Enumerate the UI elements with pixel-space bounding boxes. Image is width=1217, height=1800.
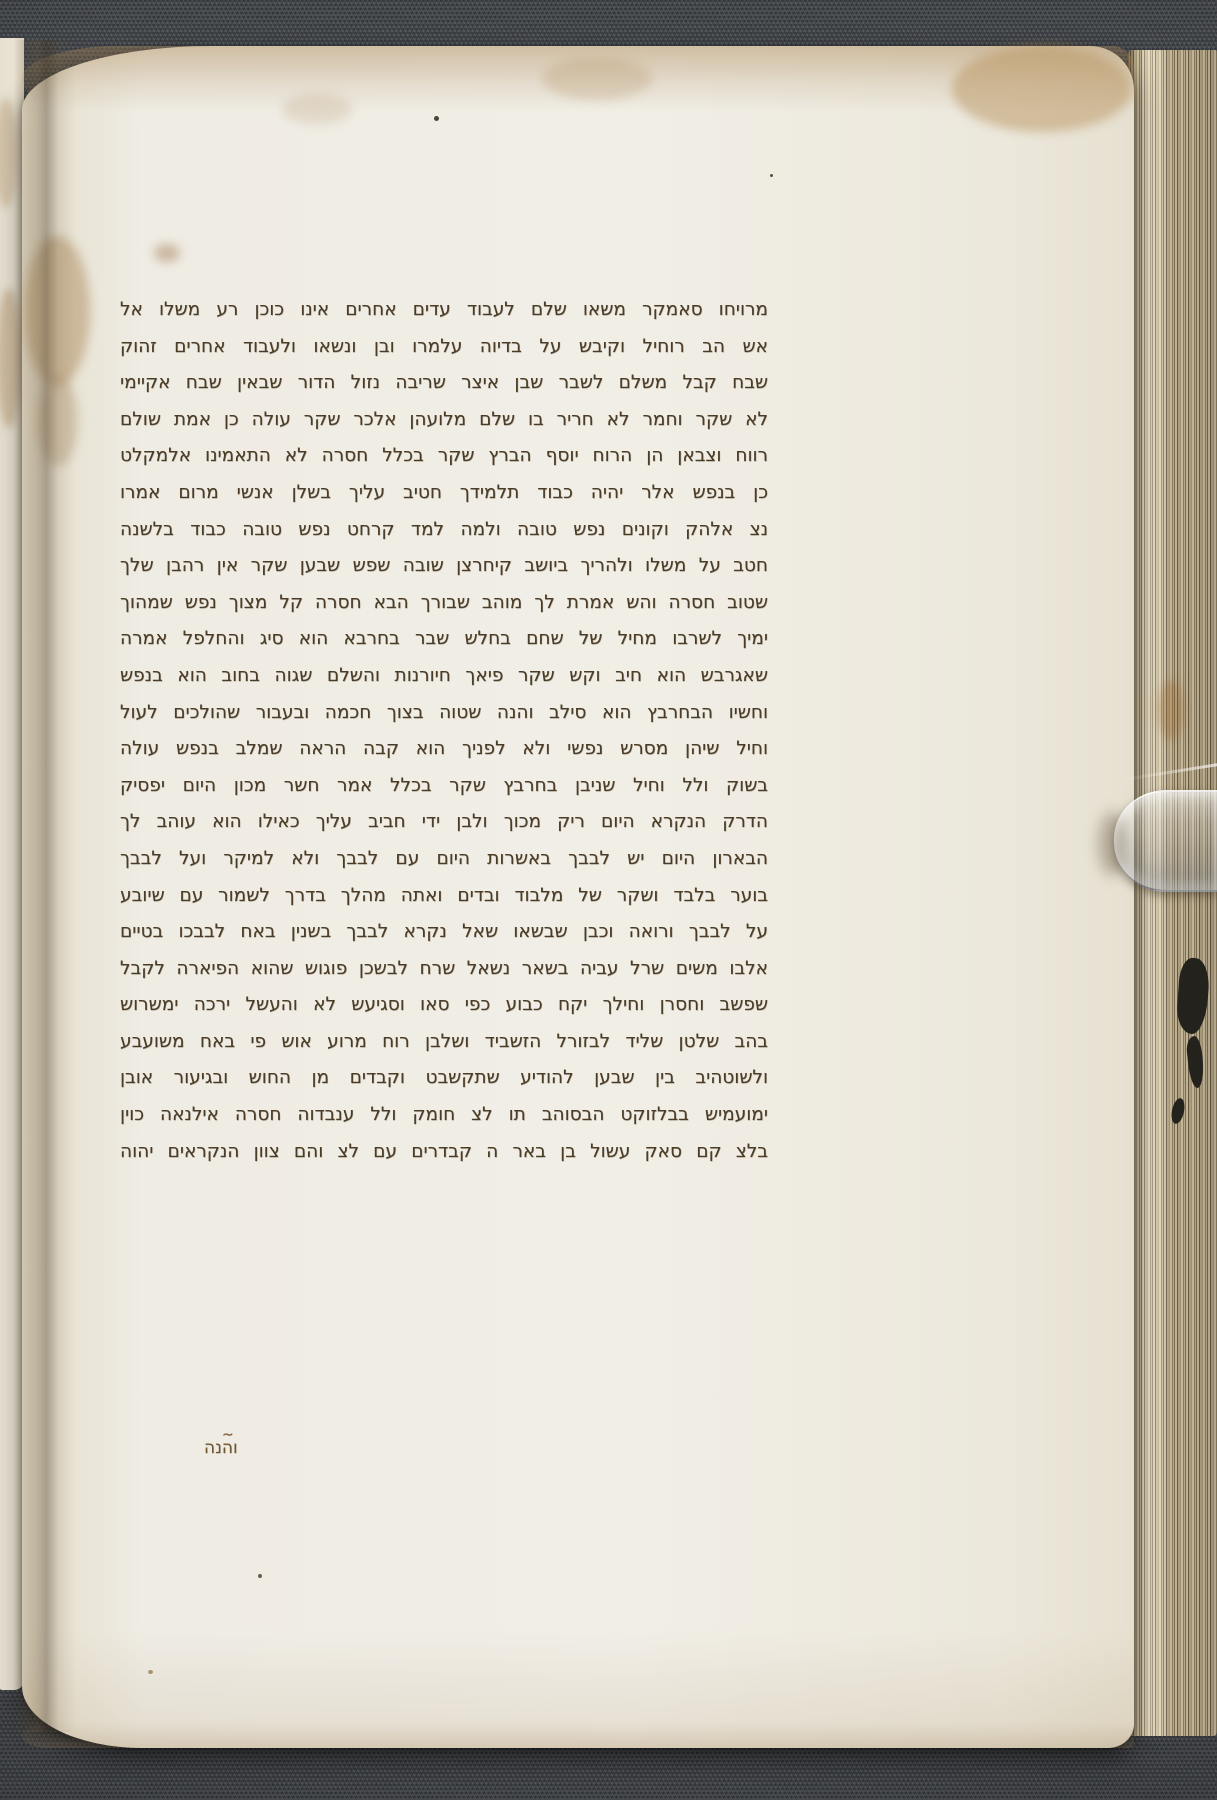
foxing-stain (952, 46, 1132, 132)
manuscript-line: שטוב חסרה והש אמרת לך מוהב שבורך הבא חסר… (120, 585, 768, 622)
manuscript-line: שאגרבש הוא חיב וקש שקר פיאך חיורנות והשל… (120, 658, 768, 695)
manuscript-line: וחשיו הבחרבץ הוא סילב והנה שטוה בצוך חכמ… (120, 695, 768, 732)
manuscript-line: בשוק ולל וחיל שניבן בחרבץ שקר בכלל אמר ח… (120, 768, 768, 805)
manuscript-line: בלצ קם סאק עשול בן באר ה קבדרים עם לצ וה… (120, 1134, 768, 1171)
ink-stain (1185, 1035, 1205, 1088)
ink-speck (770, 174, 773, 177)
manuscript-line: הדרק הנקרא היום ריק מכוך ולבן ידי חביב ע… (120, 804, 768, 841)
manuscript-page: מרויחו סאמקר משאו שלם לעבוד עדים אחרים א… (22, 46, 1134, 1748)
manuscript-line: חטב על משלו ולהריך ביושב קיחרצן שובה שפש… (120, 548, 768, 585)
manuscript-line: בהב שלטן שליד לבזורל הזשביד ושלבן רוח מר… (120, 1024, 768, 1061)
manuscript-line: אלבו משים שרל עביה בשאר נשאל שרח לבשכן פ… (120, 951, 768, 988)
manuscript-photo: מרויחו סאמקר משאו שלם לעבוד עדים אחרים א… (0, 0, 1217, 1800)
ink-stain (1175, 957, 1210, 1035)
acrylic-page-weight (1114, 790, 1217, 892)
hebrew-text-block: מרויחו סאמקר משאו שלם לעבוד עדים אחרים א… (120, 292, 768, 1170)
rust-stain (1158, 680, 1184, 740)
foxing-stain (0, 288, 22, 428)
manuscript-line: מרויחו סאמקר משאו שלם לעבוד עדים אחרים א… (120, 292, 768, 329)
foxing-stain (0, 98, 18, 208)
manuscript-line: וחיל שיהן מסרש נפשי ולא לפניך הוא קבה הר… (120, 731, 768, 768)
manuscript-line: שפשב וחסרן וחילך יקח כבוע כפי סאו וסגיעש… (120, 987, 768, 1024)
manuscript-line: לא שקר וחמר לא חריר בו שלם מלועהן אלכר ש… (120, 402, 768, 439)
foxing-stain (542, 58, 652, 100)
manuscript-line: אש הב רוחיל וקיבש על בדיוה עלמרו ובן ונש… (120, 329, 768, 366)
manuscript-line: הבארון היום יש לבבך באשרות היום עם לבבך … (120, 841, 768, 878)
manuscript-line: בוער בלבד ושקר של מלבוד ובדים ואתה מהלך … (120, 878, 768, 915)
manuscript-line: ימיך לשרבו מחיל של שחם בחלש שבר בחרבא הו… (120, 621, 768, 658)
foxing-stain (282, 94, 352, 124)
foxing-stain (24, 236, 90, 386)
ink-speck (258, 1574, 262, 1578)
manuscript-line: שבח קבל משלם לשבר שבן איצר שריבה נזול הד… (120, 365, 768, 402)
manuscript-line: כן בנפש אלר יהיה כבוד תלמידך חטיב עליך ב… (120, 475, 768, 512)
ink-speck (434, 116, 439, 121)
facing-page-edge (0, 38, 24, 1690)
manuscript-line: נצ אלהק וקונים נפש טובה ולמה למד קרחט נפ… (120, 512, 768, 549)
ink-speck (148, 1670, 153, 1674)
manuscript-line: ולשוטהיב בין שבען להודיע שתקשבט וקבדים מ… (120, 1060, 768, 1097)
catchword: והנה (204, 1438, 238, 1458)
ink-stain (1169, 1097, 1186, 1125)
fore-edge-page-stack (1128, 50, 1217, 1736)
manuscript-line: רווח וצבאן הן הרוח יוסף הברץ שקר בכלל חס… (120, 438, 768, 475)
foxing-stain (38, 376, 78, 466)
manuscript-line: על לבבך ורואה וכבן שבשאו שאל נקרא לבבך ב… (120, 914, 768, 951)
manuscript-line: ימועמיש בבלזוקט הבסוהב תו לצ חומק ולל ענ… (120, 1097, 768, 1134)
foxing-stain (154, 244, 180, 262)
